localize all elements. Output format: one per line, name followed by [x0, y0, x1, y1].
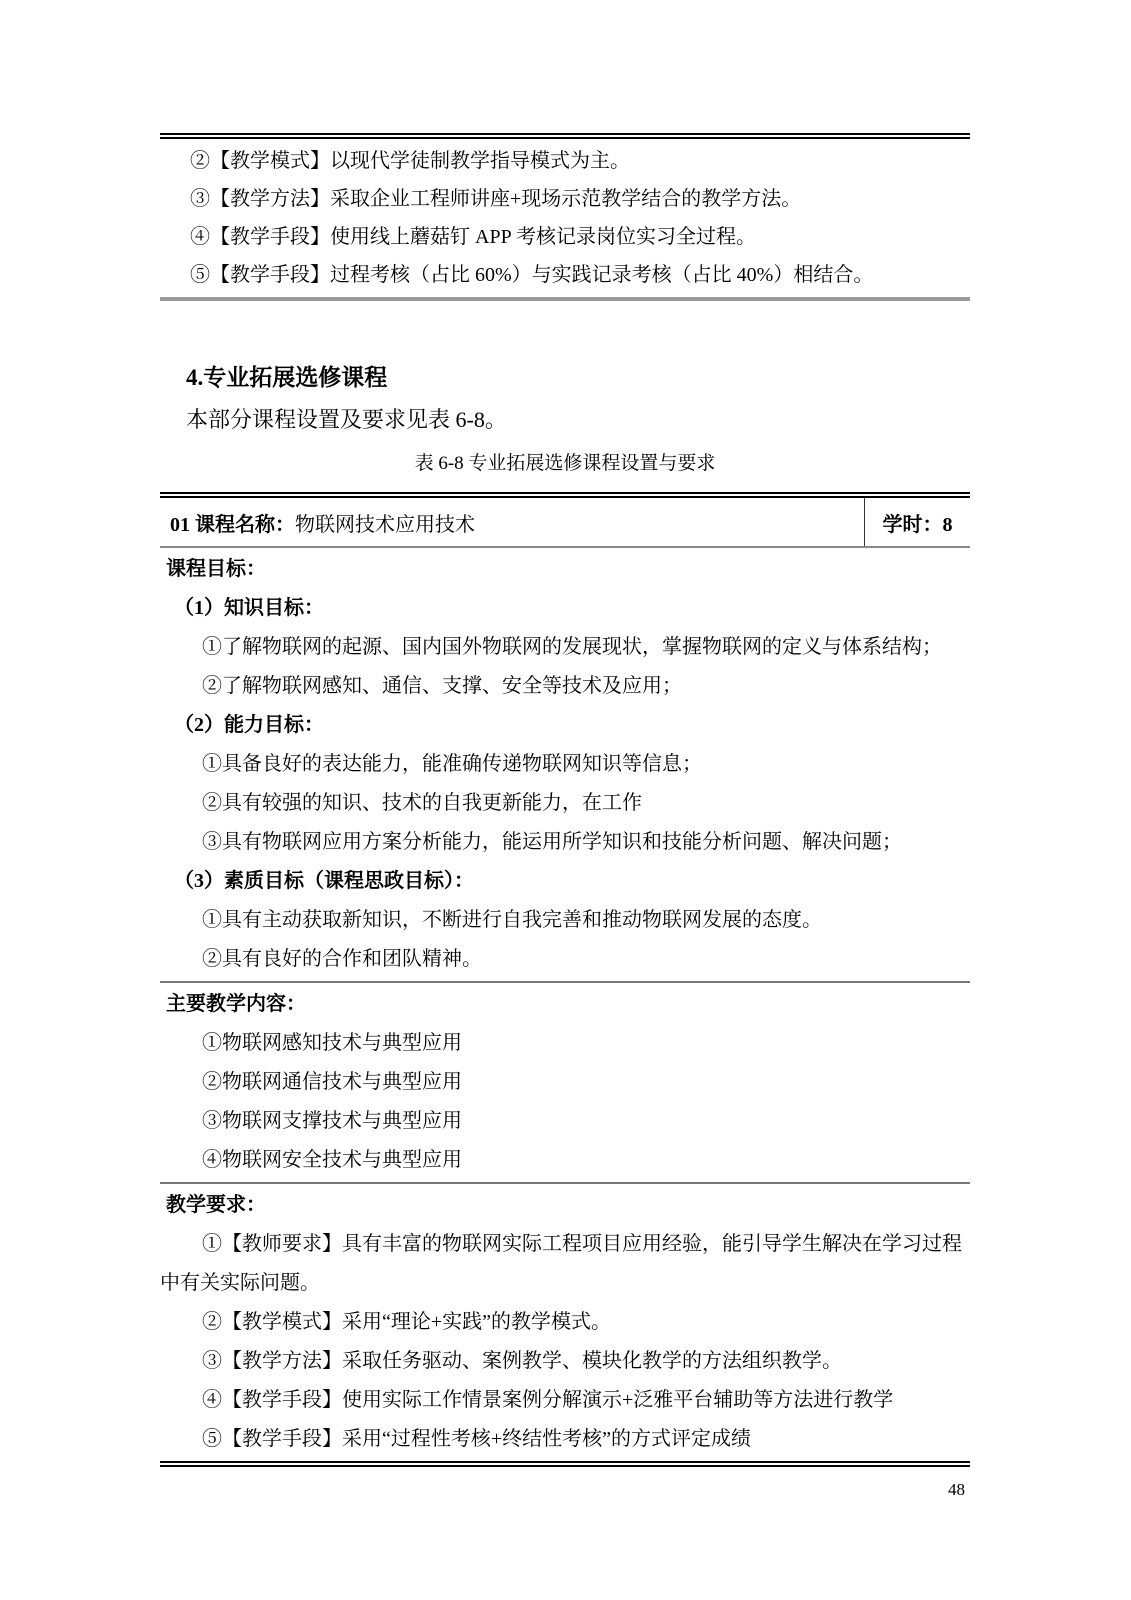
teaching-requirements-title: 教学要求： [160, 1186, 970, 1225]
table-caption: 表 6-8 专业拓展选修课程设置与要求 [160, 451, 970, 477]
teaching-content-item: ③物联网支撑技术与典型应用 [160, 1102, 970, 1141]
course-name-label: 01 课程名称： [170, 508, 295, 537]
objectives-title: 课程目标： [160, 550, 970, 589]
knowledge-objectives-title: （1）知识目标： [160, 589, 970, 628]
teaching-content-section: 主要教学内容： ①物联网感知技术与典型应用 ②物联网通信技术与典型应用 ③物联网… [160, 983, 970, 1184]
course-table: 01 课程名称： 物联网技术应用技术 学时：8 课程目标： （1）知识目标： ①… [160, 492, 970, 1467]
teaching-requirement-item: ①【教师要求】具有丰富的物联网实际工程项目应用经验，能引导学生解决在学习过程中有… [160, 1225, 970, 1303]
teaching-content-item: ②物联网通信技术与典型应用 [160, 1063, 970, 1102]
previous-table-fragment: ②【教学模式】以现代学徒制教学指导模式为主。 ③【教学方法】采取企业工程师讲座+… [160, 133, 970, 301]
teaching-item: ⑤【教学手段】过程考核（占比 60%）与实践记录考核（占比 40%）相结合。 [160, 256, 970, 294]
quality-objective-item: ②具有良好的合作和团队精神。 [160, 940, 970, 979]
section-intro-paragraph: 本部分课程设置及要求见表 6-8。 [160, 406, 996, 434]
quality-objective-item: ①具有主动获取新知识，不断进行自我完善和推动物联网发展的态度。 [160, 901, 970, 940]
teaching-content-item: ④物联网安全技术与典型应用 [160, 1141, 970, 1180]
teaching-item: ②【教学模式】以现代学徒制教学指导模式为主。 [160, 142, 970, 180]
teaching-item: ③【教学方法】采取企业工程师讲座+现场示范教学结合的教学方法。 [160, 180, 970, 218]
ability-objective-item: ③具有物联网应用方案分析能力，能运用所学知识和技能分析问题、解决问题； [160, 823, 970, 862]
section-heading: 4.专业拓展选修课程 [160, 364, 996, 392]
course-objectives-section: 课程目标： （1）知识目标： ①了解物联网的起源、国内国外物联网的发展现状，掌握… [160, 548, 970, 983]
teaching-requirement-item: ②【教学模式】采用“理论+实践”的教学模式。 [160, 1303, 970, 1342]
teaching-content-item: ①物联网感知技术与典型应用 [160, 1024, 970, 1063]
teaching-requirement-item: ④【教学手段】使用实际工作情景案例分解演示+泛雅平台辅助等方法进行教学 [160, 1381, 970, 1420]
ability-objective-item: ②具有较强的知识、技术的自我更新能力，在工作 [160, 784, 970, 823]
teaching-item: ④【教学手段】使用线上蘑菇钉 APP 考核记录岗位实习全过程。 [160, 218, 970, 256]
course-hours-cell: 学时：8 [864, 498, 970, 546]
knowledge-objective-item: ①了解物联网的起源、国内国外物联网的发展现状，掌握物联网的定义与体系结构； [160, 628, 970, 667]
course-table-header-row: 01 课程名称： 物联网技术应用技术 学时：8 [160, 498, 970, 548]
course-name-value: 物联网技术应用技术 [295, 508, 475, 537]
knowledge-objective-item: ②了解物联网感知、通信、支撑、安全等技术及应用； [160, 667, 970, 706]
teaching-requirement-item: ③【教学方法】采取任务驱动、案例教学、模块化教学的方法组织教学。 [160, 1342, 970, 1381]
teaching-requirements-section: 教学要求： ①【教师要求】具有丰富的物联网实际工程项目应用经验，能引导学生解决在… [160, 1184, 970, 1461]
ability-objectives-title: （2）能力目标： [160, 706, 970, 745]
teaching-content-title: 主要教学内容： [160, 985, 970, 1024]
page-number: 48 [948, 1480, 965, 1500]
document-page: ②【教学模式】以现代学徒制教学指导模式为主。 ③【教学方法】采取企业工程师讲座+… [0, 0, 1131, 1600]
quality-objectives-title: （3）素质目标（课程思政目标）： [160, 862, 970, 901]
ability-objective-item: ①具备良好的表达能力，能准确传递物联网知识等信息； [160, 745, 970, 784]
course-name-cell: 01 课程名称： 物联网技术应用技术 [160, 498, 864, 546]
teaching-requirement-item: ⑤【教学手段】采用“过程性考核+终结性考核”的方式评定成绩 [160, 1420, 970, 1459]
